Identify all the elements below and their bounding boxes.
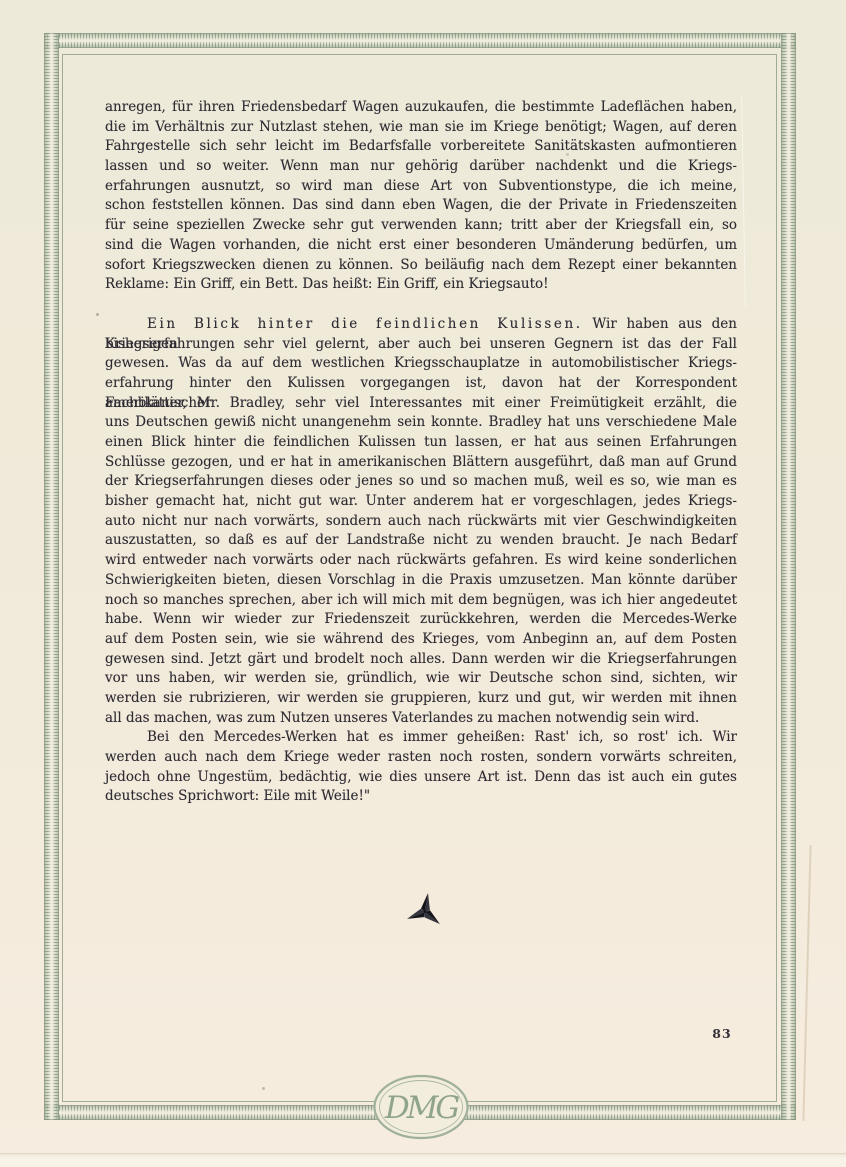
text-line: erfahrungen ausnutzt, so wird man diese … [105,177,737,197]
text-line: für seine speziellen Zwecke sehr gut ver… [105,216,737,236]
text-line: Fahrgestelle sich sehr leicht im Bedarfs… [105,137,737,157]
text-line: Ein Blick hinter die feindlichen Kulisse… [105,315,737,335]
text-line: auf dem Posten sein, wie sie während des… [105,630,737,650]
text-line: schon feststellen können. Das sind dann … [105,196,737,216]
border-ribbon-left [44,33,59,1120]
text-line: der Kriegserfahrungen dieses oder jenes … [105,472,737,492]
paragraph-2: Ein Blick hinter die feindlichen Kulisse… [105,315,737,728]
text-line: lassen und so weiter. Wenn man nur gehör… [105,157,737,177]
paragraph-3: Bei den Mercedes-Werken hat es immer geh… [105,728,737,807]
text-line: uns Deutschen gewiß nicht unangenehm sei… [105,413,737,433]
text-line: bisher gemacht hat, nicht gut war. Unter… [105,492,737,512]
text-line: Reklame: Ein Griff, ein Bett. Das heißt:… [105,275,737,295]
text-line: Kriegserfahrungen sehr viel gelernt, abe… [105,335,737,355]
text-line: Schwierigkeiten bieten, diesen Vorschlag… [105,571,737,591]
text-line: sofort Kriegszwecken dienen zu können. S… [105,256,737,276]
three-pointed-star-icon [403,890,447,934]
dmg-monogram-medallion: DMG [372,1074,470,1140]
scan-scratch [802,845,811,1121]
text-line: werden auch nach dem Kriege weder rasten… [105,748,737,768]
scan-specks [96,313,99,316]
text-line: auszustatten, so daß es auf der Landstra… [105,531,737,551]
text-line: Bei den Mercedes-Werken hat es immer geh… [105,728,737,748]
text-line: noch so manches sprechen, aber ich will … [105,591,737,611]
text-line: wird entweder nach vorwärts oder nach rü… [105,551,737,571]
text-line: Schlüsse gezogen, und er hat in amerikan… [105,453,737,473]
border-ribbon-right [781,33,796,1120]
text-line: jedoch ohne Ungestüm, bedächtig, wie die… [105,768,737,788]
page-number: 83 [705,1026,739,1041]
text-line: die im Verhältnis zur Nutzlast stehen, w… [105,118,737,138]
page-bottom-edge [0,1153,846,1167]
emphasized-lead-in: Ein Blick hinter die feindlichen Kulisse… [147,316,583,332]
text-line: gewesen. Was da auf dem westlichen Krieg… [105,354,737,374]
border-ribbon-top [44,33,796,48]
text-line: Fachblätter, Mr. Bradley, sehr viel Inte… [105,394,737,414]
dmg-monogram-text: DMG [384,1090,460,1126]
scanned-book-page: anregen, für ihren Friedensbedarf Wagen … [0,0,846,1167]
text-line: sind die Wagen vorhanden, die nicht erst… [105,236,737,256]
text-line: habe. Wenn wir wieder zur Friedenszeit z… [105,610,737,630]
text-line: auto nicht nur nach vorwärts, sondern au… [105,512,737,532]
text-line: deutsches Sprichwort: Eile mit Weile!" [105,787,737,807]
text-line: all das machen, was zum Nutzen unseres V… [105,709,737,729]
text-line: werden sie rubrizieren, wir werden sie g… [105,689,737,709]
text-line: gewesen sind. Jetzt gärt und brodelt noc… [105,650,737,670]
text-line: erfahrung hinter den Kulissen vorgegange… [105,374,737,394]
text-line: vor uns haben, wir werden sie, gründlich… [105,669,737,689]
body-text: anregen, für ihren Friedensbedarf Wagen … [105,98,737,807]
paragraph-1: anregen, für ihren Friedensbedarf Wagen … [105,98,737,295]
text-line: anregen, für ihren Friedensbedarf Wagen … [105,98,737,118]
text-line: einen Blick hinter die feindlichen Kulis… [105,433,737,453]
